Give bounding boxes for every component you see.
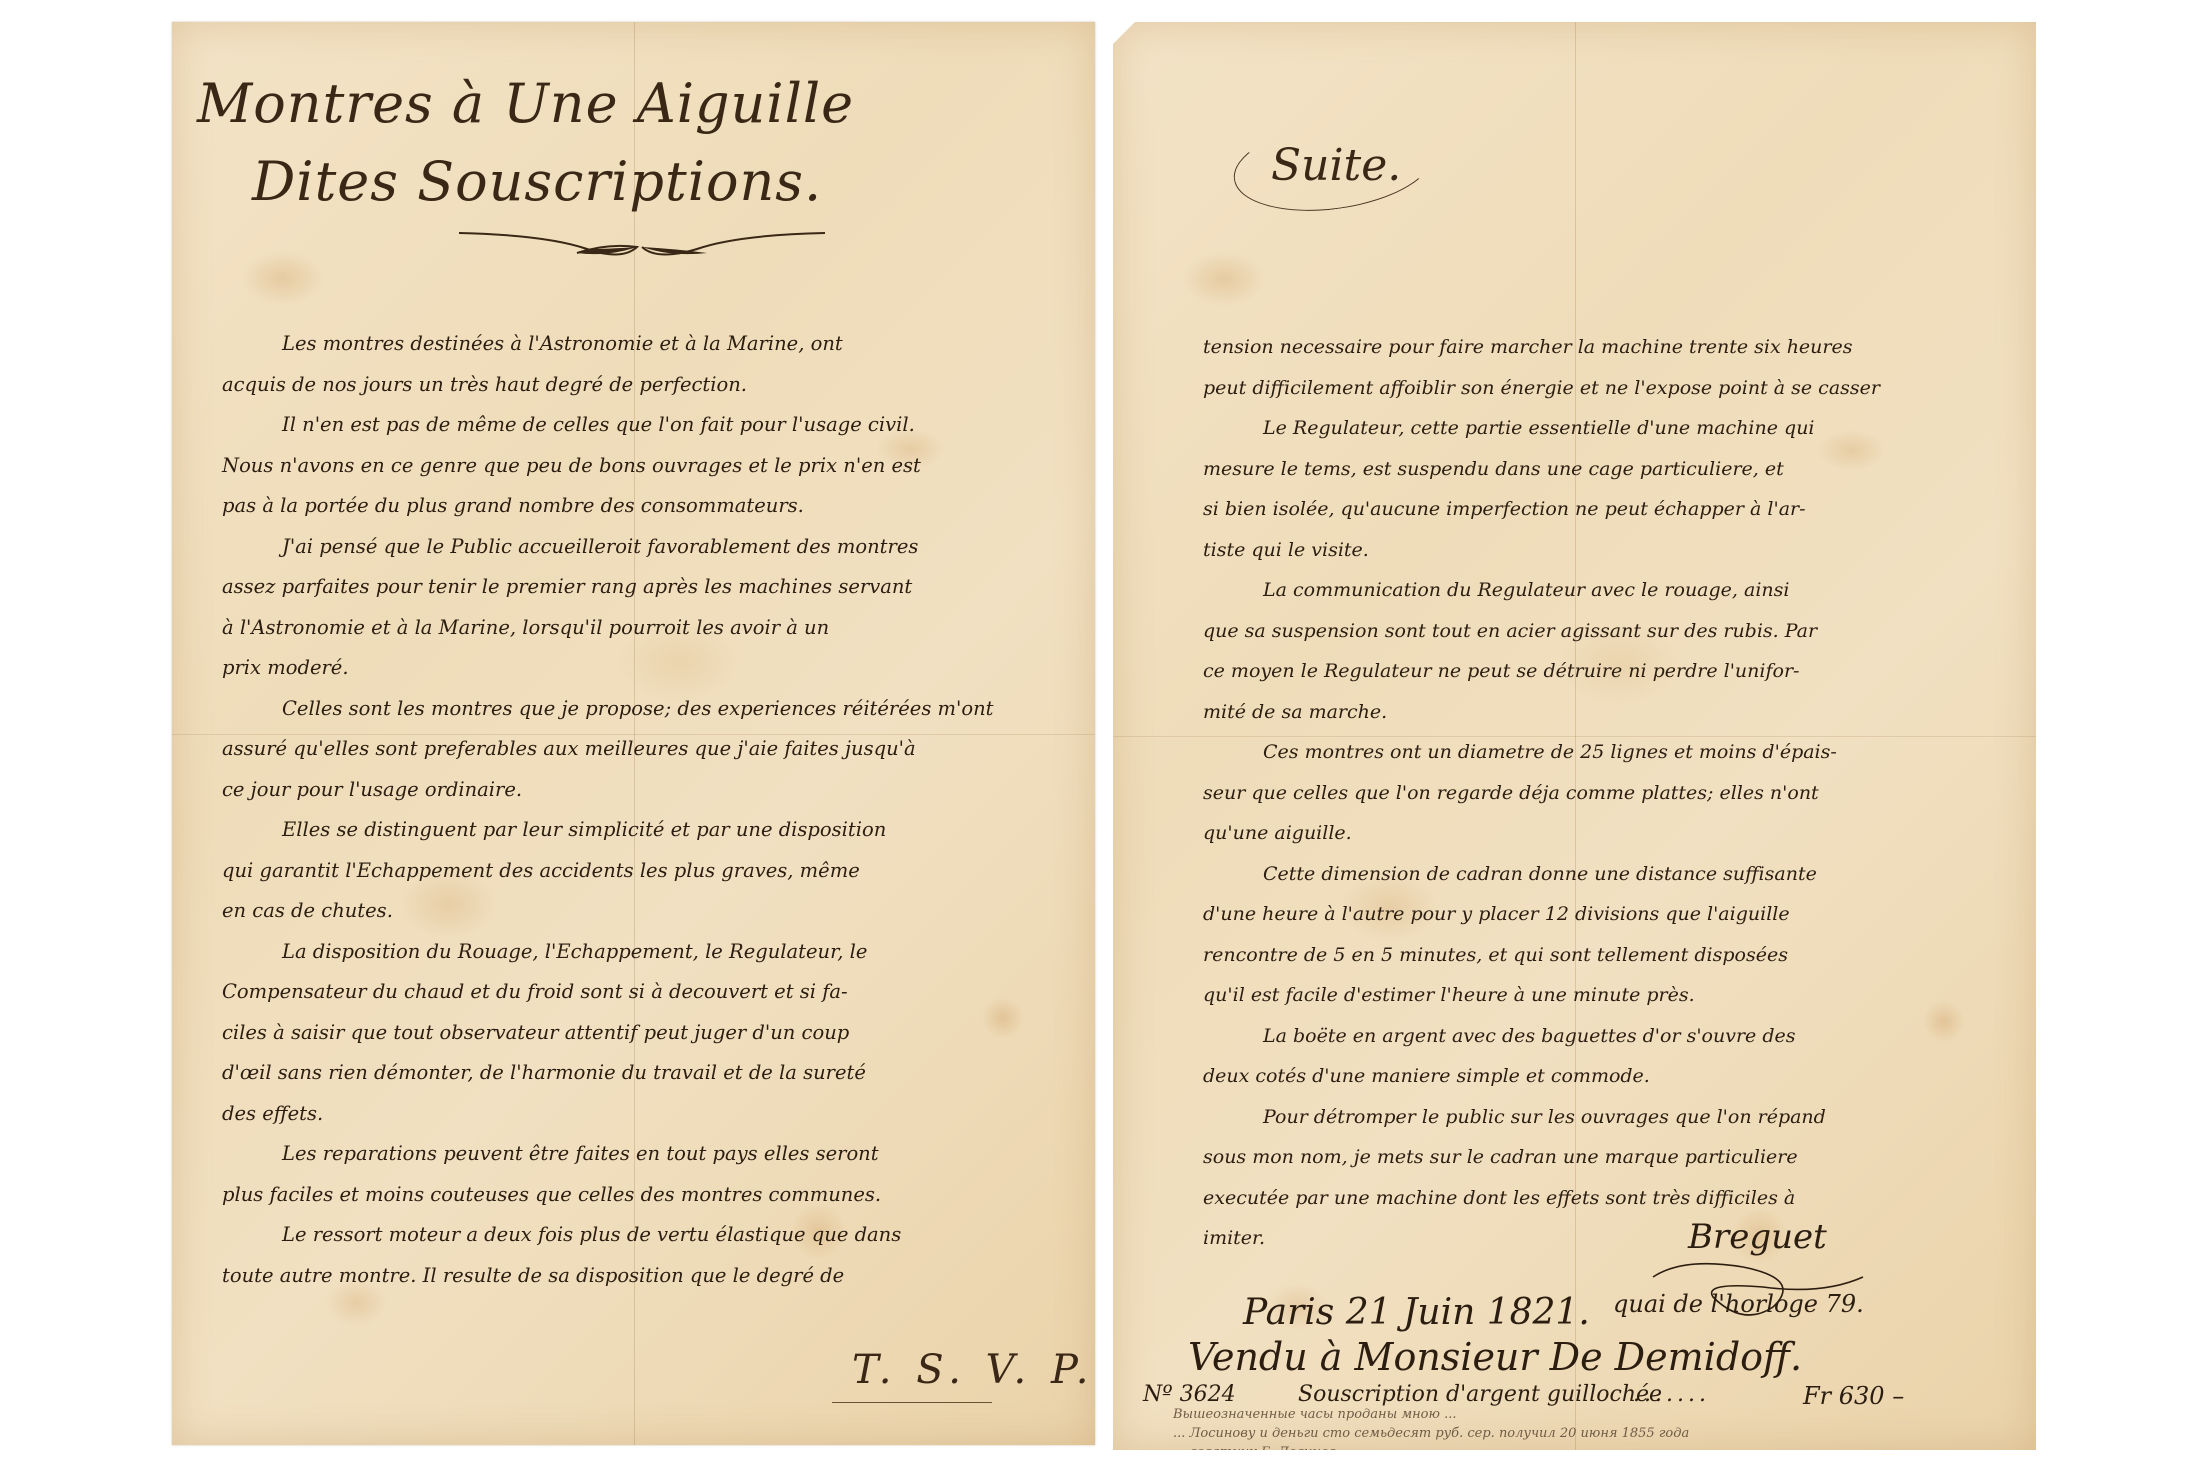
manuscript-line: Ces montres ont un diametre de 25 lignes… (1203, 732, 1880, 773)
manuscript-line: Le ressort moteur a deux fois plus de ve… (222, 1215, 994, 1256)
manuscript-line: executée par une machine dont les effets… (1203, 1178, 1880, 1219)
suite-heading: Suite. (1271, 140, 1401, 191)
title-flourish-ornament (457, 227, 827, 267)
manuscript-line: Le Regulateur, cette partie essentielle … (1203, 408, 1880, 449)
right-page-body-text: tension necessaire pour faire marcher la… (1203, 327, 1880, 1259)
leader-dots: ....... (1633, 1382, 1710, 1407)
manuscript-line: mité de sa marche. (1203, 692, 1880, 733)
left-page-body-text: Les montres destinées à l'Astronomie et … (222, 324, 994, 1296)
manuscript-line: prix moderé. (222, 648, 994, 689)
manuscript-line: La boëte en argent avec des baguettes d'… (1203, 1016, 1880, 1057)
manuscript-line: toute autre montre. Il resulte de sa dis… (222, 1256, 994, 1297)
manuscript-line: ce moyen le Regulateur ne peut se détrui… (1203, 651, 1880, 692)
manuscript-line: qu'une aiguille. (1203, 813, 1880, 854)
workshop-address: quai de l'horloge 79. (1613, 1290, 1864, 1318)
manuscript-line: Les montres destinées à l'Astronomie et … (222, 324, 994, 365)
manuscript-line: tension necessaire pour faire marcher la… (1203, 327, 1880, 368)
manuscript-line: si bien isolée, qu'aucune imperfection n… (1203, 489, 1880, 530)
manuscript-line: d'œil sans rien démonter, de l'harmonie … (222, 1053, 994, 1094)
manuscript-line: mesure le tems, est suspendu dans une ca… (1203, 449, 1880, 490)
manuscript-line: Elles se distinguent par leur simplicité… (222, 810, 994, 851)
manuscript-line: qui garantit l'Echappement des accidents… (222, 851, 994, 892)
tsvp-underline (832, 1402, 992, 1403)
manuscript-line: deux cotés d'une maniere simple et commo… (1203, 1056, 1880, 1097)
left-manuscript-page: Montres à Une Aiguille Dites Souscriptio… (172, 22, 1095, 1445)
manuscript-line: La communication du Regulateur avec le r… (1203, 570, 1880, 611)
manuscript-line: seur que celles que l'on regarde déja co… (1203, 773, 1880, 814)
russian-note-line: Вышеозначенные часы проданы мною ... (1173, 1405, 1689, 1424)
manuscript-line: J'ai pensé que le Public accueilleroit f… (222, 527, 994, 568)
manuscript-line: qu'il est facile d'estimer l'heure à une… (1203, 975, 1880, 1016)
russian-provenance-note: Вышеозначенные часы проданы мною ...... … (1173, 1405, 1689, 1462)
item-description: Souscription d'argent guillochée (1298, 1382, 1662, 1407)
tsvp-turn-over-mark: T. S. V. P. (852, 1347, 1094, 1393)
manuscript-line: Pour détromper le public sur les ouvrage… (1203, 1097, 1880, 1138)
manuscript-line: d'une heure à l'autre pour y placer 12 d… (1203, 894, 1880, 935)
manuscript-line: Nous n'avons en ce genre que peu de bons… (222, 446, 994, 487)
manuscript-line: La disposition du Rouage, l'Echappement,… (222, 932, 994, 973)
title-line-2: Dites Souscriptions. (252, 150, 822, 213)
right-manuscript-page: Suite. tension necessaire pour faire mar… (1113, 22, 2036, 1450)
sold-to-line: Vendu à Monsieur De Demidoff. (1188, 1335, 1802, 1379)
manuscript-line: plus faciles et moins couteuses que cell… (222, 1175, 994, 1216)
manuscript-line: peut difficilement affoiblir son énergie… (1203, 368, 1880, 409)
manuscript-line: rencontre de 5 en 5 minutes, et qui sont… (1203, 935, 1880, 976)
manuscript-line: assez parfaites pour tenir le premier ra… (222, 567, 994, 608)
russian-note-line: ... Лосинову и деньги сто семьдесят руб.… (1173, 1424, 1689, 1443)
manuscript-line: des effets. (222, 1094, 994, 1135)
price: Fr 630 – (1803, 1382, 1904, 1410)
manuscript-line: pas à la portée du plus grand nombre des… (222, 486, 994, 527)
manuscript-line: Les reparations peuvent être faites en t… (222, 1134, 994, 1175)
manuscript-line: à l'Astronomie et à la Marine, lorsqu'il… (222, 608, 994, 649)
manuscript-line: ce jour pour l'usage ordinaire. (222, 770, 994, 811)
manuscript-line: Celles sont les montres que je propose; … (222, 689, 994, 730)
manuscript-line: tiste qui le visite. (1203, 530, 1880, 571)
manuscript-line: acquis de nos jours un très haut degré d… (222, 365, 994, 406)
manuscript-line: sous mon nom, je mets sur le cadran une … (1203, 1137, 1880, 1178)
manuscript-line: en cas de chutes. (222, 891, 994, 932)
manuscript-line: Il n'en est pas de même de celles que l'… (222, 405, 994, 446)
manuscript-line: Compensateur du chaud et du froid sont s… (222, 972, 994, 1013)
manuscript-line: assuré qu'elles sont preferables aux mei… (222, 729, 994, 770)
russian-note-line: ... советник Г. Лосинов (1173, 1443, 1689, 1462)
item-number: Nº 3624 (1143, 1382, 1236, 1407)
place-and-date: Paris 21 Juin 1821. (1243, 1292, 1590, 1333)
title-line-1: Montres à Une Aiguille (197, 72, 854, 135)
manuscript-line: ciles à saisir que tout observateur atte… (222, 1013, 994, 1054)
manuscript-line: Cette dimension de cadran donne une dist… (1203, 854, 1880, 895)
manuscript-line: que sa suspension sont tout en acier agi… (1203, 611, 1880, 652)
